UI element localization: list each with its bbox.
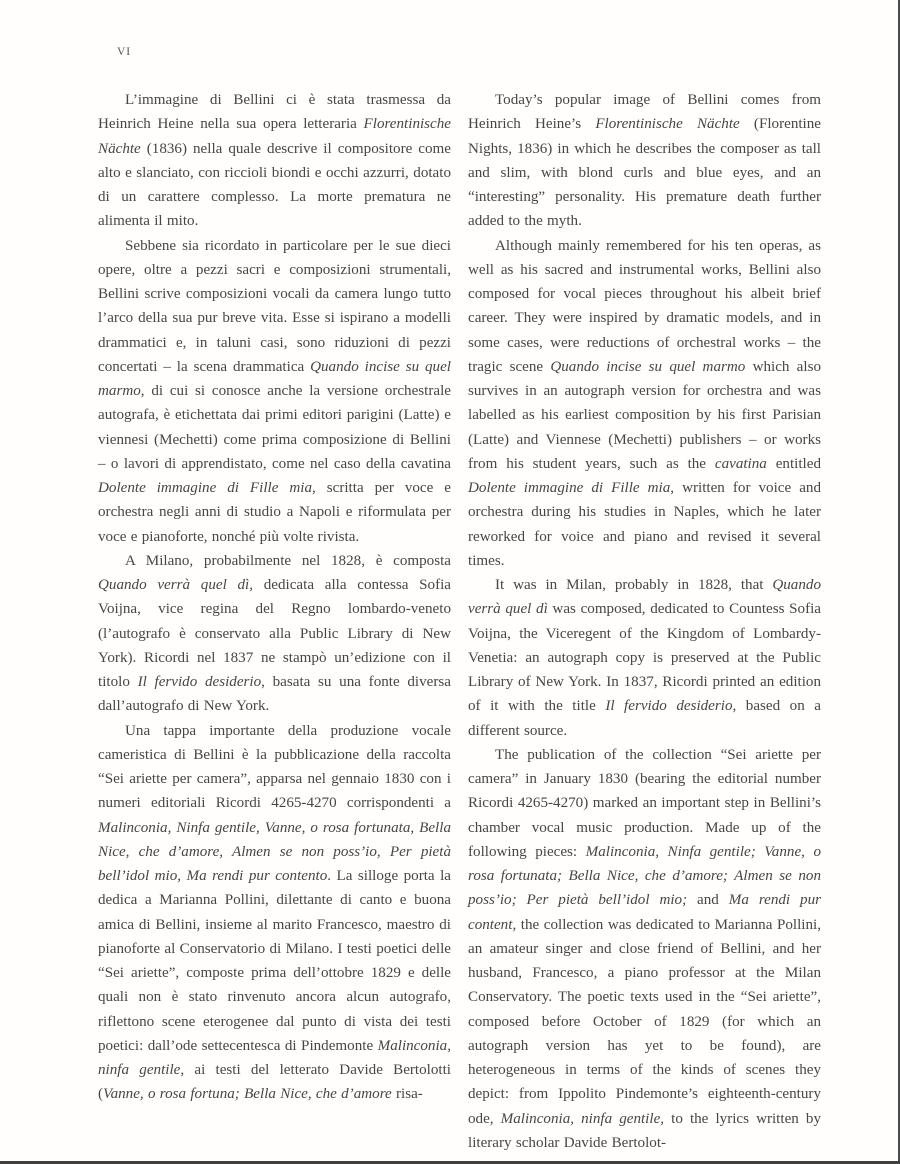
paragraph: Una tappa importante della produzione vo… xyxy=(98,719,451,1107)
paragraph: It was in Milan, probably in 1828, that … xyxy=(468,573,821,743)
paragraph: Today’s popular image of Bellini comes f… xyxy=(468,88,821,234)
paragraph: Although mainly remembered for his ten o… xyxy=(468,234,821,574)
paragraph: L’immagine di Bellini ci è stata trasmes… xyxy=(98,88,451,234)
book-page: VI L’immagine di Bellini ci è stata tras… xyxy=(0,0,900,1164)
paragraph: The publication of the collection “Sei a… xyxy=(468,743,821,1155)
column-english: Today’s popular image of Bellini comes f… xyxy=(468,88,821,1155)
paragraph: Sebbene sia ricordato in particolare per… xyxy=(98,234,451,549)
paragraph: A Milano, probabilmente nel 1828, è comp… xyxy=(98,549,451,719)
page-number: VI xyxy=(117,46,131,58)
column-italian: L’immagine di Bellini ci è stata trasmes… xyxy=(98,88,451,1155)
text-columns: L’immagine di Bellini ci è stata trasmes… xyxy=(98,88,822,1155)
